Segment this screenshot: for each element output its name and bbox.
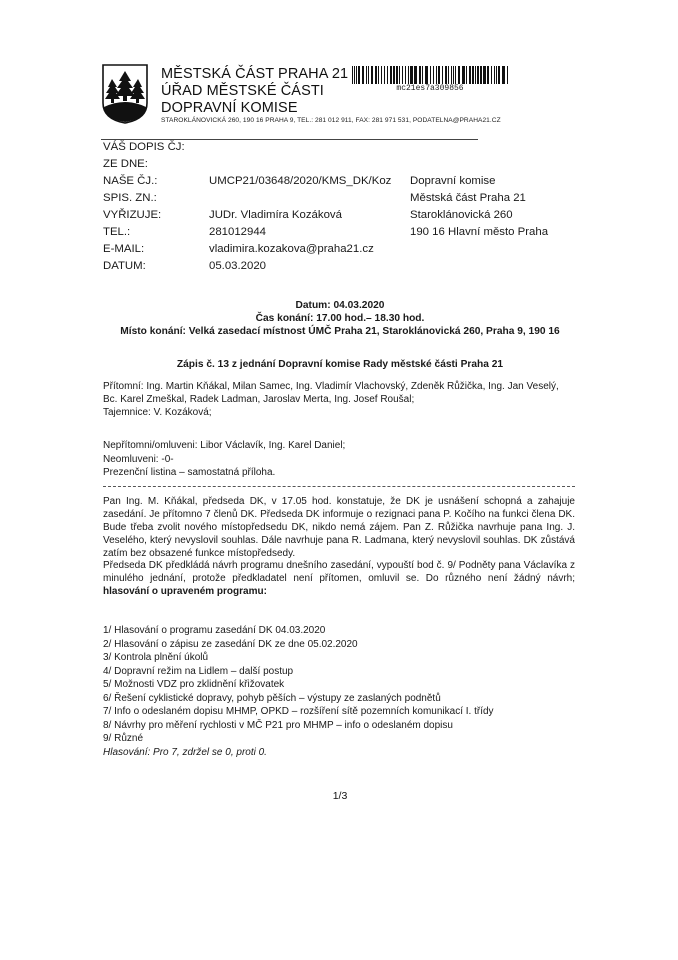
agenda-item: 9/ Různé [103, 733, 143, 744]
dashed-divider [103, 486, 575, 487]
recipient-line: Dopravní komise [410, 175, 495, 187]
org-name-line-1: MĚSTSKÁ ČÁST PRAHA 21 [161, 66, 348, 83]
attendance-list-note: Prezenční listina – samostatná příloha. [103, 467, 275, 478]
meta-label: E-MAIL: [103, 243, 144, 255]
letter-date: 05.03.2020 [209, 260, 266, 272]
agenda-item: 5/ Možnosti VDZ pro zklidnění křižovatek [103, 679, 284, 690]
email-address: vladimira.kozakova@praha21.cz [209, 243, 374, 255]
opening-paragraph: Pan Ing. M. Kňákal, předseda DK, v 17.05… [103, 496, 575, 561]
org-address: STAROKLÁNOVICKÁ 260, 190 16 PRAHA 9, TEL… [161, 117, 501, 124]
recipient-line: 190 16 Hlavní město Praha [410, 226, 548, 238]
agenda-item: 7/ Info o odeslaném dopisu MHMP, OPKD – … [103, 706, 494, 717]
agenda-item: 4/ Dopravní režim na Lidlem – další post… [103, 666, 293, 677]
meta-label: ZE DNE: [103, 158, 148, 170]
meta-label: TEL.: [103, 226, 130, 238]
minutes-title: Zápis č. 13 z jednání Dopravní komise Ra… [100, 359, 580, 370]
agenda-item: 3/ Kontrola plnění úkolů [103, 652, 208, 663]
program-paragraph: Předseda DK předkládá návrh programu dne… [103, 560, 575, 599]
meta-label: NAŠE ČJ.: [103, 175, 157, 187]
coat-of-arms-logo-icon [101, 63, 149, 125]
agenda-item: 6/ Řešení cyklistické dopravy, pohyb pěš… [103, 693, 441, 704]
handled-by: JUDr. Vladimíra Kozáková [209, 209, 342, 221]
barcode-icon [352, 66, 508, 84]
vote-result: Hlasování: Pro 7, zdržel se 0, proti 0. [103, 747, 267, 758]
present-members: Přítomní: Ing. Martin Kňákal, Milan Same… [103, 381, 575, 407]
agenda-item: 2/ Hlasování o zápisu ze zasedání DK ze … [103, 639, 358, 650]
program-paragraph-text: Předseda DK předkládá návrh programu dne… [103, 560, 575, 584]
header-divider [101, 139, 478, 140]
recipient-line: Městská část Praha 21 [410, 192, 526, 204]
meta-label: VÁŠ DOPIS ČJ: [103, 141, 185, 153]
org-name-line-2: ÚŘAD MĚSTSKÉ ČÁSTI [161, 83, 324, 100]
meeting-place: Místo konání: Velká zasedací místnost ÚM… [100, 326, 580, 337]
meta-label: SPIS. ZN.: [103, 192, 157, 204]
meeting-time: Čas konání: 17.00 hod.– 18.30 hod. [100, 313, 580, 324]
meta-label: VYŘIZUJE: [103, 209, 161, 221]
org-name-line-3: DOPRAVNÍ KOMISE [161, 100, 298, 117]
program-vote-heading: hlasování o upraveném programu: [103, 586, 267, 597]
absent-unexcused: Neomluveni: -0- [103, 454, 174, 465]
recipient-line: Staroklánovická 260 [410, 209, 513, 221]
agenda-item: 8/ Návrhy pro měření rychlosti v MČ P21 … [103, 720, 453, 731]
reference-number: UMCP21/03648/2020/KMS_DK/Koz [209, 175, 391, 187]
agenda-item: 1/ Hlasování o programu zasedání DK 04.0… [103, 625, 325, 636]
barcode-text: mc21es7a309856 [352, 84, 508, 93]
meta-label: DATUM: [103, 260, 146, 272]
phone-number: 281012944 [209, 226, 266, 238]
meeting-date: Datum: 04.03.2020 [100, 300, 580, 311]
absent-excused: Nepřítomni/omluveni: Libor Václavík, Ing… [103, 440, 345, 451]
secretary: Tajemnice: V. Kozáková; [103, 407, 212, 418]
page-number: 1/3 [320, 790, 360, 802]
